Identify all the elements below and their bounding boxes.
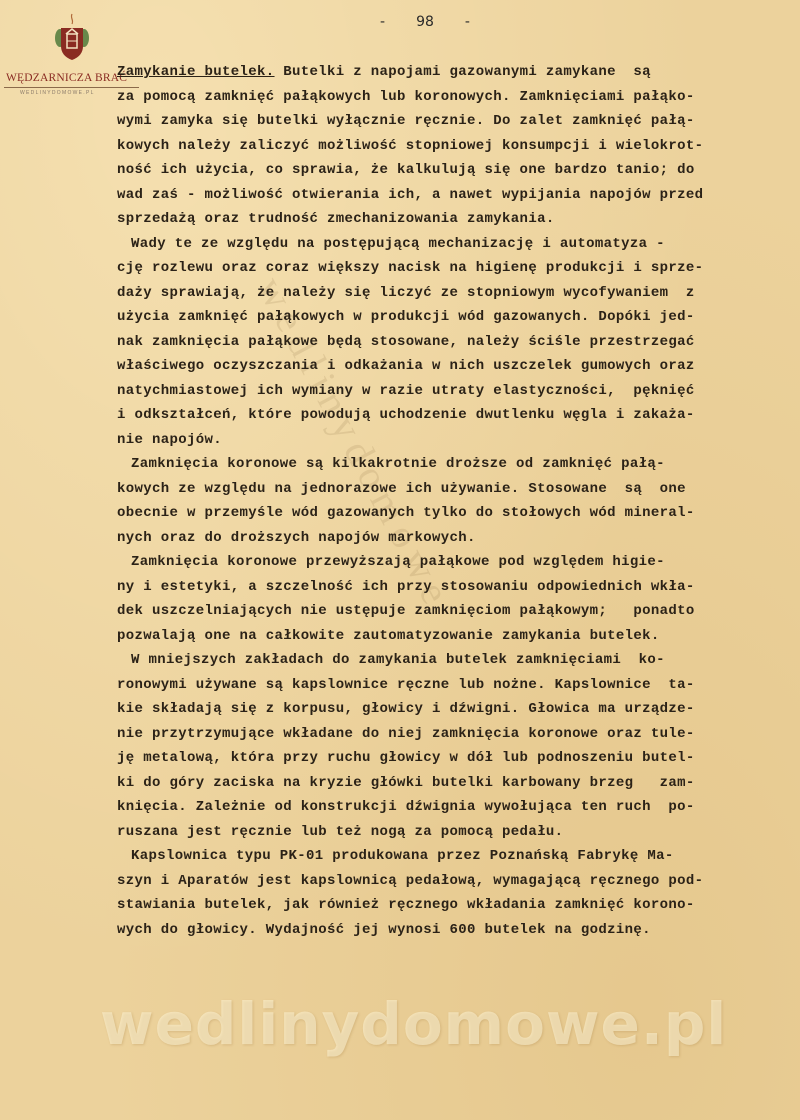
page-number-value: 98 [416,14,434,30]
text-line: ki do góry zaciska na kryzie główki bute… [117,771,767,796]
section-heading: Zamykanie butelek. [117,64,275,80]
text-line: ność ich użycia, co sprawia, że kalkuluj… [117,158,767,183]
paragraph-start: W mniejszych zakładach do zamykania bute… [117,648,767,673]
text-line: kowych należy zaliczyć możliwość stopnio… [117,134,767,159]
paragraph-start: Wady te ze względu na postępującą mechan… [117,232,767,257]
text-line: za pomocą zamknięć pałąkowych lub korono… [117,85,767,110]
paragraph-start: Zamknięcia koronowe przewyższają pałąkow… [117,550,767,575]
paragraph-start: Zamknięcia koronowe są kilkakrotnie droż… [117,452,767,477]
text-line: knięcia. Zależnie od konstrukcji dźwigni… [117,795,767,820]
text-line: kie składają się z korpusu, głowicy i dź… [117,697,767,722]
text-line: pozwalają one na całkowite zautomatyzowa… [117,624,767,649]
text-line: dek uszczelniających nie ustępuje zamkni… [117,599,767,624]
text-line: natychmiastowej ich wymiany w razie utra… [117,379,767,404]
text-line: kowych ze względu na jednorazowe ich uży… [117,477,767,502]
site-watermark: wedlinydomowe.pl [100,990,727,1058]
brand-subtitle: WEDLINYDOMOWE.PL [20,90,95,96]
brand-name: WĘDZARNICZA BRAĆ [6,72,127,84]
text-line: ronowymi używane są kapslownice ręczne l… [117,673,767,698]
text-line: Zamykanie butelek. Butelki z napojami ga… [117,60,767,85]
text-line: i odkształceń, które powodują uchodzenie… [117,403,767,428]
document-body: Zamykanie butelek. Butelki z napojami ga… [117,60,767,942]
brand-logo: WĘDZARNICZA BRAĆ WEDLINYDOMOWE.PL [4,8,134,98]
text-line: daży sprawiają, że należy się liczyć ze … [117,281,767,306]
page-dash-right: - [465,14,470,30]
text-line: ny i estetyki, a szczelność ich przy sto… [117,575,767,600]
text-line: wad zaś - możliwość otwierania ich, a na… [117,183,767,208]
text-line: nie przytrzymujące wkładane do niej zamk… [117,722,767,747]
page-number: - 98 - [380,14,470,30]
text-line: wych do głowicy. Wydajność jej wynosi 60… [117,918,767,943]
text-line: nych oraz do droższych napojów markowych… [117,526,767,551]
text-line: nak zamknięcia pałąkowe będą stosowane, … [117,330,767,355]
text-line: stawiania butelek, jak również ręcznego … [117,893,767,918]
text-line: nie napojów. [117,428,767,453]
smokehouse-crest-icon [52,12,92,64]
text-line: obecnie w przemyśle wód gazowanych tylko… [117,501,767,526]
text-line: cję rozlewu oraz coraz większy nacisk na… [117,256,767,281]
text-line: sprzedażą oraz trudność zmechanizowania … [117,207,767,232]
text-line: szyn i Aparatów jest kapslownicą pedałow… [117,869,767,894]
text-line: właściwego oczyszczania i odkażania w ni… [117,354,767,379]
page-dash-left: - [380,14,385,30]
text-line: użycia zamknięć pałąkowych w produkcji w… [117,305,767,330]
text-line: ruszana jest ręcznie lub też nogą za pom… [117,820,767,845]
text-line: ję metalową, która przy ruchu głowicy w … [117,746,767,771]
paragraph-start: Kapslownica typu PK-01 produkowana przez… [117,844,767,869]
text-line: wymi zamyka się butelki wyłącznie ręczni… [117,109,767,134]
